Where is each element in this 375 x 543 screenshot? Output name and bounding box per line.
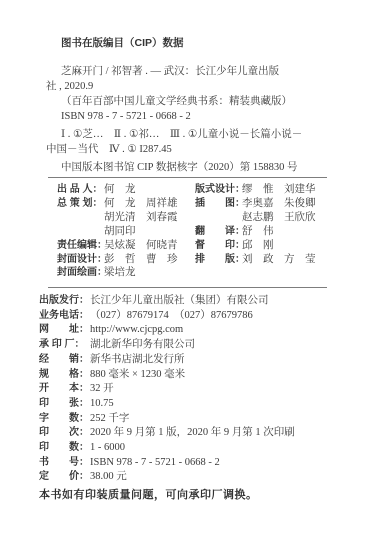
credit-label: 版式设计：	[195, 183, 242, 197]
credit-value: 胡同印	[104, 226, 136, 237]
cip-line: 社 , 2020.9	[46, 79, 345, 94]
credit-value: 胡光清 刘春霞	[104, 212, 178, 223]
credit-label: 插 图：	[195, 197, 242, 211]
credit-row: 督 印：邱 刚	[195, 239, 355, 253]
credits-right-column: 版式设计：缪 惟 刘建华 插 图：李奥嘉 朱俊卿 赵志鹏 王欣欣 翻 译：舒 伟…	[195, 183, 355, 280]
credit-row: 版式设计：缪 惟 刘建华	[195, 183, 355, 197]
publication-label: 印 数：	[39, 441, 90, 456]
credit-row: 翻 译：舒 伟	[195, 225, 355, 239]
publication-label: 印 张：	[39, 397, 90, 412]
publication-label: 定 价：	[39, 470, 90, 485]
publication-row: 出版发行：长江少年儿童出版社（集团）有限公司	[39, 294, 363, 309]
publication-value: 2020 年 9 月第 1 版，2020 年 9 月第 1 次印刷	[90, 427, 295, 438]
cip-line: 中国版本图书馆 CIP 数据核字（2020）第 158830 号	[46, 160, 345, 175]
publication-row: 定 价：38.00 元	[39, 470, 363, 485]
credit-value: 吴炫凝 何晓青	[104, 240, 178, 251]
cip-line: （百年百部中国儿童文学经典书系：精装典藏版）	[46, 94, 345, 109]
credit-label: 责任编辑：	[57, 239, 104, 253]
credit-value: 刘 政 方 莹	[242, 254, 316, 265]
credit-value: 何 龙 周祥雄	[104, 198, 178, 209]
copyright-page: 图书在版编目（CIP）数据 芝麻开门 / 祁智著 . — 武汉：长江少年儿童出版…	[0, 0, 375, 543]
credit-row: 胡同印	[57, 225, 195, 239]
credit-label: 总 策 划：	[57, 197, 104, 211]
cip-line: 中国－当代 Ⅳ . ① I287.45	[46, 142, 345, 157]
publication-value: 10.75	[90, 398, 114, 409]
credit-label: 封面绘画：	[57, 266, 104, 280]
credits-left-column: 出 品 人：何 龙 总 策 划：何 龙 周祥雄 胡光清 刘春霞 胡同印 责任编辑…	[57, 183, 195, 280]
credit-label: 排 版：	[195, 253, 242, 267]
publication-label: 规 格：	[39, 368, 90, 383]
cip-block: 图书在版编目（CIP）数据 芝麻开门 / 祁智著 . — 武汉：长江少年儿童出版…	[46, 36, 345, 175]
credit-value: 彭 哲 曹 珍	[104, 254, 178, 265]
cip-line: ISBN 978 - 7 - 5721 - 0668 - 2	[46, 109, 345, 124]
quality-notice: 本书如有印装质量问题，可向承印厂调换。	[39, 486, 258, 502]
credit-row: 胡光清 刘春霞	[57, 211, 195, 225]
publication-row: 印 数：1 - 6000	[39, 441, 363, 456]
publication-value: 38.00 元	[90, 471, 127, 482]
credit-row: 封面设计：彭 哲 曹 珍	[57, 253, 195, 267]
credit-label: 翻 译：	[195, 225, 242, 239]
publication-label: 出版发行：	[39, 294, 90, 309]
publication-row: 印 张：10.75	[39, 397, 363, 412]
publication-row: 规 格：880 毫米 × 1230 毫米	[39, 368, 363, 383]
publication-value: 新华书店湖北发行所	[90, 354, 185, 365]
publication-block: 出版发行：长江少年儿童出版社（集团）有限公司 业务电话：（027）8767917…	[39, 294, 363, 485]
publication-row: 业务电话：（027）87679174 （027）87679786	[39, 309, 363, 324]
credit-value: 邱 刚	[242, 240, 274, 251]
publication-value: 32 开	[90, 383, 114, 394]
publication-value: 长江少年儿童出版社（集团）有限公司	[90, 295, 269, 306]
publication-value: 880 毫米 × 1230 毫米	[90, 369, 185, 380]
publication-row: 开 本：32 开	[39, 382, 363, 397]
credit-row: 总 策 划：何 龙 周祥雄	[57, 197, 195, 211]
publication-label: 经 销：	[39, 353, 90, 368]
publication-value: ISBN 978 - 7 - 5721 - 0668 - 2	[90, 457, 220, 468]
credit-row: 排 版：刘 政 方 莹	[195, 253, 355, 267]
publication-label: 开 本：	[39, 382, 90, 397]
publication-value: 252 千字	[90, 413, 129, 424]
publication-value: （027）87679174 （027）87679786	[90, 310, 253, 321]
credit-row: 出 品 人：何 龙	[57, 183, 195, 197]
divider-top	[48, 177, 327, 178]
cip-line: 芝麻开门 / 祁智著 . — 武汉：长江少年儿童出版	[46, 64, 345, 79]
publication-label: 字 数：	[39, 412, 90, 427]
publication-row: 字 数：252 千字	[39, 412, 363, 427]
publication-row: 网 址：http://www.cjcpg.com	[39, 323, 363, 338]
publication-label: 网 址：	[39, 323, 90, 338]
credits-block: 出 品 人：何 龙 总 策 划：何 龙 周祥雄 胡光清 刘春霞 胡同印 责任编辑…	[57, 183, 355, 280]
publication-row: 经 销：新华书店湖北发行所	[39, 353, 363, 368]
credit-row: 责任编辑：吴炫凝 何晓青	[57, 239, 195, 253]
credit-value: 缪 惟 刘建华	[242, 184, 316, 195]
credit-row: 封面绘画：梁培龙	[57, 266, 195, 280]
credit-value: 李奥嘉 朱俊卿	[242, 198, 316, 209]
credit-value: 梁培龙	[104, 267, 136, 278]
publication-label: 书 号：	[39, 456, 90, 471]
cip-header: 图书在版编目（CIP）数据	[61, 36, 345, 51]
publication-row: 承 印 厂：湖北新华印务有限公司	[39, 338, 363, 353]
publication-row: 印 次：2020 年 9 月第 1 版，2020 年 9 月第 1 次印刷	[39, 426, 363, 441]
publication-row: 书 号：ISBN 978 - 7 - 5721 - 0668 - 2	[39, 456, 363, 471]
credit-label: 封面设计：	[57, 253, 104, 267]
credit-value: 何 龙	[104, 184, 136, 195]
credit-value: 舒 伟	[242, 226, 274, 237]
publication-value: 湖北新华印务有限公司	[90, 339, 195, 350]
credit-value: 赵志鹏 王欣欣	[242, 212, 316, 223]
credit-row: 赵志鹏 王欣欣	[195, 211, 355, 225]
publication-label: 承 印 厂：	[39, 338, 90, 353]
publication-value: 1 - 6000	[90, 442, 125, 453]
credit-label: 出 品 人：	[57, 183, 104, 197]
publication-label: 业务电话：	[39, 309, 90, 324]
cip-line: Ⅰ . ①芝… Ⅱ . ①祁… Ⅲ . ①儿童小说－长篇小说－	[46, 127, 345, 142]
credit-label: 督 印：	[195, 239, 242, 253]
publication-label: 印 次：	[39, 426, 90, 441]
publication-value: http://www.cjcpg.com	[90, 324, 183, 335]
credit-row: 插 图：李奥嘉 朱俊卿	[195, 197, 355, 211]
divider-bottom	[48, 287, 327, 288]
